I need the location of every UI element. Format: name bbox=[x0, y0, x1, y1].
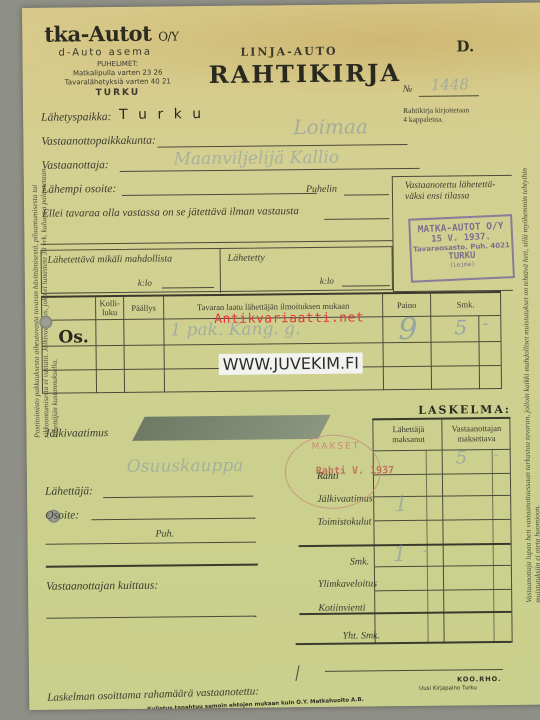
number-label: № bbox=[403, 84, 413, 95]
dispatch-box: Lähetettävä mikäli mahdollista Lähetetty… bbox=[41, 246, 393, 294]
calc-recipient-freight[interactable]: 5 bbox=[456, 447, 468, 468]
receiving-place-value[interactable]: Loimaa bbox=[293, 114, 368, 139]
receipt-label-line-1: Vastaanotettu lähetettä- bbox=[405, 180, 496, 192]
phones-label: PUHELIMET: bbox=[43, 59, 193, 69]
calc-col-divider bbox=[441, 420, 444, 644]
col-header-paino: Paino bbox=[383, 300, 430, 310]
calc-sender-total[interactable]: 1 bbox=[393, 542, 407, 567]
col-header-smk: Smk. bbox=[431, 299, 500, 310]
series-letter: D. bbox=[456, 37, 474, 55]
cod-label: Jälkivaatimus bbox=[44, 427, 108, 440]
company-city: TURKU bbox=[43, 87, 193, 99]
watermark-juvekim: WWW.JUVEKIM.FI bbox=[219, 352, 363, 375]
goods-price-cents[interactable]: - bbox=[482, 313, 488, 334]
calculation-table: Lähettäjä maksanut Vastaanottajan makset… bbox=[372, 417, 512, 644]
number-underline bbox=[419, 95, 479, 97]
sending-place-label: Lähetyspaikka: bbox=[41, 111, 111, 124]
sent-label: Lähetetty bbox=[228, 252, 265, 263]
copies-note-line-2: 4 kappaleina. bbox=[403, 114, 469, 124]
sender-phone-label: Puh. bbox=[155, 528, 174, 539]
col-header-kolli: Kolli-luku bbox=[96, 299, 123, 317]
calc-label-home-delivery: Kotiinvienti bbox=[318, 602, 365, 613]
goods-weight[interactable]: 9 bbox=[398, 312, 417, 347]
calc-label-office-fees: Toimistokulut bbox=[317, 516, 371, 528]
cod-shaded-field bbox=[132, 415, 330, 441]
dispatch-divider bbox=[220, 249, 221, 293]
sender-address-label: Osoite: bbox=[45, 509, 79, 521]
clock-label-sent: k:lo bbox=[320, 276, 334, 286]
calc-cents-divider bbox=[492, 449, 495, 643]
punch-hole-top bbox=[39, 316, 52, 329]
company-stamp: MATKA-AUTOT O/Y 15 V. 1937. Tavaraosasto… bbox=[408, 214, 515, 283]
address-label: Lähempi osoite: bbox=[42, 183, 117, 196]
calc-header-sender-paid: Lähettäjä maksanut bbox=[375, 424, 441, 445]
copies-note-line-1: Rahtikirja kirjoitetaan bbox=[403, 105, 469, 115]
doc-title: RAHTIKIRJA bbox=[209, 58, 402, 89]
company-suffix: O/Y bbox=[158, 29, 178, 43]
goods-table: Kolli-luku Päällys Tavaran laatu lähettä… bbox=[41, 291, 502, 394]
goods-price[interactable]: 5 bbox=[454, 315, 467, 339]
receiving-place-label: Vastaanottopaikkakunta: bbox=[41, 135, 155, 148]
sending-place-value[interactable]: T u r k u bbox=[119, 106, 204, 123]
cash-slash bbox=[295, 665, 299, 681]
row-divider bbox=[43, 341, 501, 347]
left-side-conditions: Postitoimisto pakkauksesta aiheutuvasta … bbox=[29, 138, 52, 438]
clock-line-send[interactable] bbox=[162, 287, 214, 289]
recipient-receipt-label: Vastaanottajan kuittaus: bbox=[46, 580, 158, 593]
printer-mark: KOO.RHO. bbox=[457, 675, 502, 683]
calc-bottom-divider bbox=[296, 641, 512, 645]
receipt-label-line-2: väksi ensi tilassa bbox=[405, 191, 496, 203]
phone-line bbox=[344, 194, 389, 195]
sender-divider bbox=[46, 564, 258, 568]
send-if-possible-label: Lähetettävä mikäli mahdollista bbox=[48, 253, 173, 265]
calc-header-recipient-pays: Vastaanottajan maksettava bbox=[443, 423, 509, 444]
clock-line-sent[interactable] bbox=[342, 285, 390, 287]
calc-sender-cod[interactable]: 1 bbox=[394, 492, 408, 517]
unattended-note: Ellei tavaraa olla vastassa on se jätett… bbox=[42, 205, 299, 220]
receipt-box-label: Vastaanotettu lähetettä- väksi ensi tila… bbox=[405, 180, 496, 203]
recipient-receipt-line[interactable] bbox=[46, 616, 256, 619]
company-name-text: tka-Autot bbox=[44, 21, 151, 47]
freight-bill-document: tka-Autot O/Y d-Auto asema PUHELIMET: Ma… bbox=[22, 3, 540, 710]
phone-label: Puhelin bbox=[306, 184, 337, 195]
company-name: tka-Autot O/Y bbox=[44, 20, 178, 46]
recipient-line bbox=[120, 168, 420, 172]
calc-label-grand-total: Yht. Smk. bbox=[343, 630, 381, 641]
cash-received-label: Laskelman osoittama rahamäärä vastaanote… bbox=[47, 685, 259, 704]
phone-line-1: Matkalipulla varten 23 26 bbox=[43, 68, 193, 78]
number-value: 1448 bbox=[431, 75, 469, 93]
oval-stamp-date: Rahti V. 1937 bbox=[316, 465, 394, 477]
receipt-box: Vastaanotettu lähetettä- väksi ensi tila… bbox=[392, 175, 513, 292]
oval-stamp-top: MAKSET bbox=[312, 441, 361, 452]
col-divider bbox=[478, 315, 480, 389]
calc-sender-total-cents[interactable]: - bbox=[423, 540, 429, 561]
calculation-title: LASKELMA: bbox=[418, 403, 511, 417]
sender-phone-line bbox=[46, 542, 256, 545]
watermark-antikvariaatti: Antikvariaatti.net bbox=[214, 310, 364, 327]
company-subtitle: d-Auto asema bbox=[58, 47, 152, 59]
doc-type-label: LINJA-AUTO bbox=[240, 45, 337, 59]
row-label-os: Os. bbox=[58, 327, 89, 347]
phone-line-2: Tavaralähetyksiä varten 40 21 bbox=[43, 77, 193, 87]
printer-name: Uusi Kirjapaino Turku bbox=[419, 685, 477, 692]
right-side-conditions: Vastaanottaja lupaa heti vastaanottaessa… bbox=[520, 163, 540, 603]
unattended-line bbox=[324, 218, 389, 220]
copies-note: Rahtikirja kirjoitetaan 4 kappaleina. bbox=[403, 105, 469, 124]
receiving-place-line bbox=[157, 144, 407, 148]
recipient-value[interactable]: Maanviljelijä Kallio bbox=[173, 148, 339, 170]
sender-label: Lähettäjä: bbox=[45, 485, 93, 498]
sender-line bbox=[103, 496, 253, 499]
calc-recipient-freight-cents[interactable]: - bbox=[494, 447, 499, 463]
sender-value[interactable]: Osuuskauppa bbox=[127, 456, 244, 477]
section-divider bbox=[40, 240, 392, 245]
recipient-label: Vastaanottaja: bbox=[42, 159, 109, 172]
cash-received-line[interactable] bbox=[325, 669, 503, 672]
address-line bbox=[122, 193, 317, 196]
clock-label-send: k:lo bbox=[138, 278, 152, 288]
sender-address-line bbox=[91, 518, 255, 521]
calc-label-smk: Smk. bbox=[350, 556, 369, 567]
col-header-paallys: Päällys bbox=[124, 303, 163, 313]
calc-label-extra-charge: Ylimkaveloitus bbox=[318, 578, 377, 590]
